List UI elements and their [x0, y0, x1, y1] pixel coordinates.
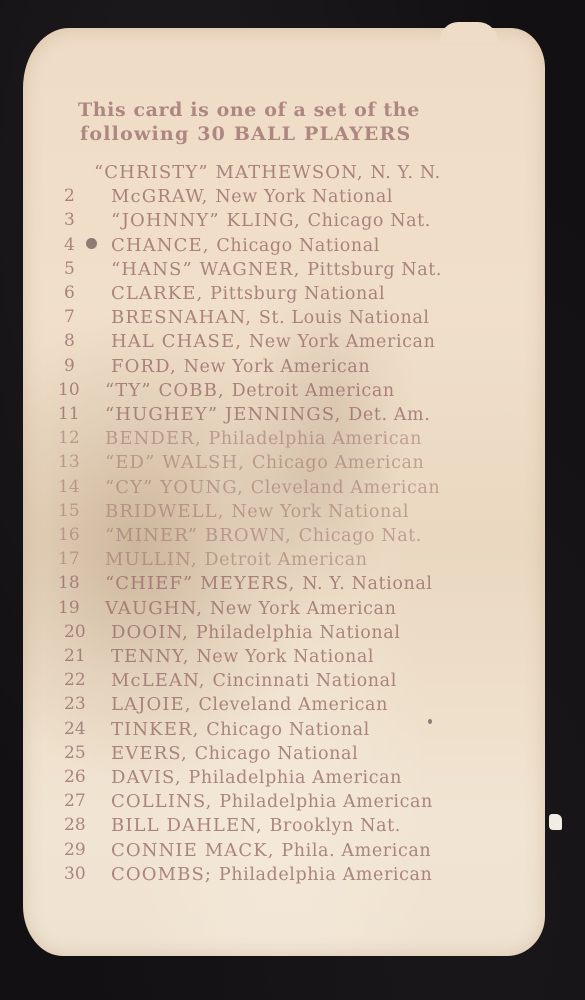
player-number: 24	[64, 719, 110, 739]
player-name: BENDER,	[105, 428, 202, 449]
player-name: “CHIEF” MEYERS,	[105, 573, 295, 594]
player-entry: FORD, New York American	[111, 356, 370, 377]
player-name: “HANS” WAGNER,	[111, 259, 300, 280]
player-name: COOMBS;	[111, 864, 212, 885]
player-team: Cleveland American	[198, 695, 388, 715]
player-entry: BRIDWELL, New York National	[105, 501, 409, 522]
player-team: New York National	[215, 187, 393, 207]
player-entry: BENDER, Philadelphia American	[105, 428, 422, 449]
player-team: Chicago National	[216, 236, 380, 256]
player-number: 5	[64, 259, 110, 279]
player-entry: “TY” COBB, Detroit American	[105, 380, 395, 401]
player-number: 28	[64, 815, 110, 835]
header-line-1: This card is one of a set of the	[78, 99, 420, 121]
player-entry: McLEAN, Cincinnati National	[111, 670, 397, 691]
player-team: N. Y. National	[302, 574, 432, 594]
player-number: 12	[58, 428, 104, 448]
card-text: This card is one of a set of the followi…	[0, 0, 585, 1000]
player-team: Philadelphia American	[209, 429, 423, 449]
player-team: Phila. American	[281, 841, 431, 861]
player-team: New York American	[210, 599, 397, 619]
player-number: 27	[64, 791, 110, 811]
player-name: “JOHNNY” KLING,	[111, 210, 301, 231]
player-team: Philadelphia American	[219, 792, 433, 812]
player-number: 7	[64, 307, 110, 327]
player-entry: “HUGHEY” JENNINGS, Det. Am.	[105, 404, 430, 425]
player-name: “CY” YOUNG,	[105, 477, 244, 498]
stain-spot	[86, 238, 97, 249]
player-name: “MINER” BROWN,	[105, 525, 292, 546]
player-number: 26	[64, 767, 110, 787]
player-team: Pittsburg National	[210, 284, 385, 304]
player-entry: DOOIN, Philadelphia National	[111, 622, 401, 643]
player-team: Chicago National	[195, 744, 359, 764]
player-number: 16	[58, 525, 104, 545]
player-number: 22	[64, 670, 110, 690]
player-team: Detroit American	[204, 550, 367, 570]
player-team: Cleveland American	[251, 478, 441, 498]
player-entry: MULLIN, Detroit American	[105, 549, 368, 570]
player-number: 9	[64, 356, 110, 376]
player-name: BILL DAHLEN,	[111, 815, 263, 836]
player-number: 11	[58, 404, 104, 424]
player-entry: “HANS” WAGNER, Pittsburg Nat.	[111, 259, 442, 280]
player-entry: TENNY, New York National	[111, 646, 374, 667]
player-number: 19	[58, 598, 104, 618]
player-name: “ED” WALSH,	[105, 452, 245, 473]
player-team: N. Y. N.	[371, 163, 441, 183]
player-name: EVERS,	[111, 743, 188, 764]
player-number: 13	[58, 452, 104, 472]
player-entry: VAUGHN, New York American	[105, 598, 396, 619]
player-name: TINKER,	[111, 719, 199, 740]
player-number: 18	[58, 573, 104, 593]
player-number: 23	[64, 694, 110, 714]
player-team: Chicago National	[206, 720, 370, 740]
player-name: BRESNAHAN,	[111, 307, 252, 328]
player-number: 25	[64, 743, 110, 763]
player-team: Pittsburg Nat.	[307, 260, 442, 280]
player-entry: “CY” YOUNG, Cleveland American	[105, 477, 440, 498]
player-number: 2	[64, 186, 110, 206]
player-name: “TY” COBB,	[105, 380, 225, 401]
player-team: New York National	[231, 502, 409, 522]
player-entry: “MINER” BROWN, Chicago Nat.	[105, 525, 422, 546]
player-entry: LAJOIE, Cleveland American	[111, 694, 388, 715]
player-name: TENNY,	[111, 646, 190, 667]
player-name: COLLINS,	[111, 791, 213, 812]
player-number: 17	[58, 549, 104, 569]
player-name: “CHRISTY” MATHEWSON,	[94, 162, 364, 183]
player-name: CLARKE,	[111, 283, 203, 304]
stain-spot	[428, 719, 432, 724]
player-entry: COLLINS, Philadelphia American	[111, 791, 433, 812]
player-entry: “CHRISTY” MATHEWSON, N. Y. N.	[94, 162, 441, 183]
player-name: MULLIN,	[105, 549, 198, 570]
player-number: 8	[64, 331, 110, 351]
player-entry: CLARKE, Pittsburg National	[111, 283, 385, 304]
player-number: 30	[64, 864, 110, 884]
player-name: CONNIE MACK,	[111, 840, 275, 861]
player-team: New York American	[249, 332, 436, 352]
player-entry: CHANCE, Chicago National	[111, 235, 380, 256]
player-entry: TINKER, Chicago National	[111, 719, 370, 740]
player-number: 6	[64, 283, 110, 303]
player-entry: COOMBS; Philadelphia American	[111, 864, 432, 885]
player-team: St. Louis National	[259, 308, 430, 328]
player-number: 29	[64, 840, 110, 860]
player-name: FORD,	[111, 356, 177, 377]
player-entry: McGRAW, New York National	[111, 186, 393, 207]
player-entry: HAL CHASE, New York American	[111, 331, 435, 352]
player-team: Chicago Nat.	[299, 526, 422, 546]
player-name: DOOIN,	[111, 622, 189, 643]
player-team: Philadelphia American	[188, 768, 402, 788]
player-team: Philadelphia National	[196, 623, 401, 643]
player-number: 21	[64, 646, 110, 666]
player-entry: CONNIE MACK, Phila. American	[111, 840, 431, 861]
player-team: Philadelphia American	[219, 865, 433, 885]
player-entry: BRESNAHAN, St. Louis National	[111, 307, 430, 328]
player-name: LAJOIE,	[111, 694, 192, 715]
player-number: 14	[58, 477, 104, 497]
player-name: VAUGHN,	[105, 598, 203, 619]
header-line-2: following 30 BALL PLAYERS	[80, 123, 411, 145]
player-team: Det. Am.	[348, 405, 430, 425]
player-team: Chicago Nat.	[308, 211, 431, 231]
player-name: BRIDWELL,	[105, 501, 225, 522]
player-number: 3	[64, 210, 110, 230]
player-entry: BILL DAHLEN, Brooklyn Nat.	[111, 815, 401, 836]
player-entry: “JOHNNY” KLING, Chicago Nat.	[111, 210, 431, 231]
player-name: DAVIS,	[111, 767, 182, 788]
player-name: HAL CHASE,	[111, 331, 242, 352]
player-name: McGRAW,	[111, 186, 209, 207]
player-team: Brooklyn Nat.	[270, 816, 401, 836]
player-number: 20	[64, 622, 110, 642]
player-entry: “ED” WALSH, Chicago American	[105, 452, 424, 473]
player-entry: “CHIEF” MEYERS, N. Y. National	[105, 573, 433, 594]
player-name: “HUGHEY” JENNINGS,	[105, 404, 341, 425]
player-entry: EVERS, Chicago National	[111, 743, 358, 764]
player-number: 15	[58, 501, 104, 521]
player-team: New York American	[184, 357, 371, 377]
player-team: Cincinnati National	[212, 671, 396, 691]
player-number: 10	[58, 380, 104, 400]
player-team: New York National	[196, 647, 374, 667]
player-name: CHANCE,	[111, 235, 210, 256]
player-team: Detroit American	[232, 381, 395, 401]
player-name: McLEAN,	[111, 670, 206, 691]
player-team: Chicago American	[252, 453, 424, 473]
player-entry: DAVIS, Philadelphia American	[111, 767, 402, 788]
